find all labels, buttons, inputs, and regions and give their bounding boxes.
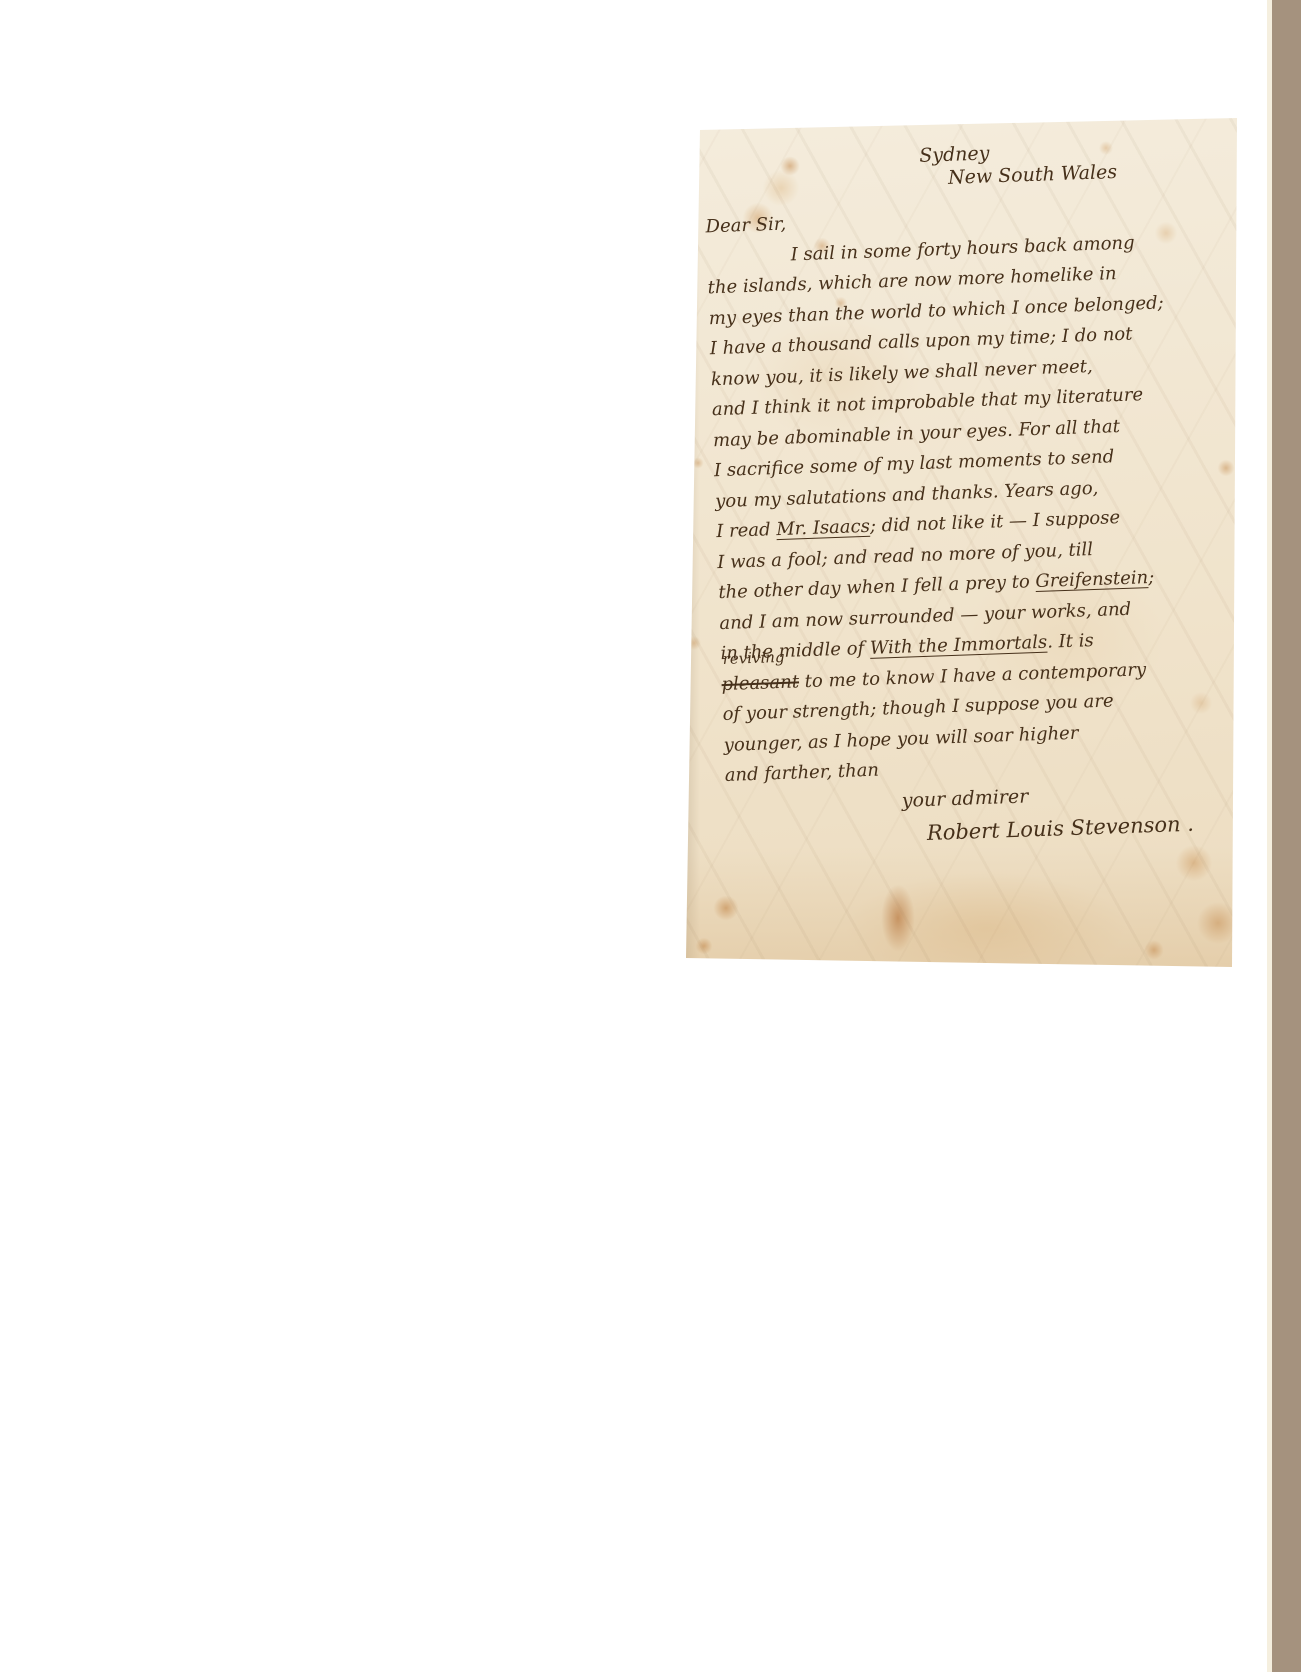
- letter-text-segment: Mr. Isaacs: [776, 516, 870, 540]
- right-accent-bar: [1272, 0, 1301, 1672]
- letter-text-segment: pleasant: [721, 671, 799, 695]
- letter-heading-region: New South Wales: [948, 161, 1118, 189]
- letter-text-segment: ;: [1148, 567, 1155, 588]
- letter-text-segment: ; did not like it — I suppose: [870, 507, 1121, 537]
- letter-text-segment: and farther, than: [724, 760, 879, 786]
- letter-body-lines: I sail in some forty hours back amongthe…: [706, 225, 1250, 792]
- page-background: Sydney New South Wales Dear Sir, I sail …: [0, 0, 1301, 1672]
- letter-paper: Sydney New South Wales Dear Sir, I sail …: [686, 118, 1237, 967]
- handwriting-layer: Sydney New South Wales Dear Sir, I sail …: [682, 100, 1262, 968]
- letter-body: Dear Sir, I sail in some forty hours bac…: [705, 194, 1252, 856]
- letter-heading-city: Sydney: [919, 142, 990, 166]
- letter-text-segment: I read: [716, 519, 777, 542]
- inserted-word: reviving: [722, 649, 784, 666]
- letter-text-segment: . It is: [1047, 630, 1094, 653]
- letter-text-segment: the other day when I fell a prey to: [718, 571, 1036, 603]
- letter-text-segment: With the Immortals: [870, 632, 1048, 659]
- letter-text-segment: Greifenstein: [1035, 567, 1148, 592]
